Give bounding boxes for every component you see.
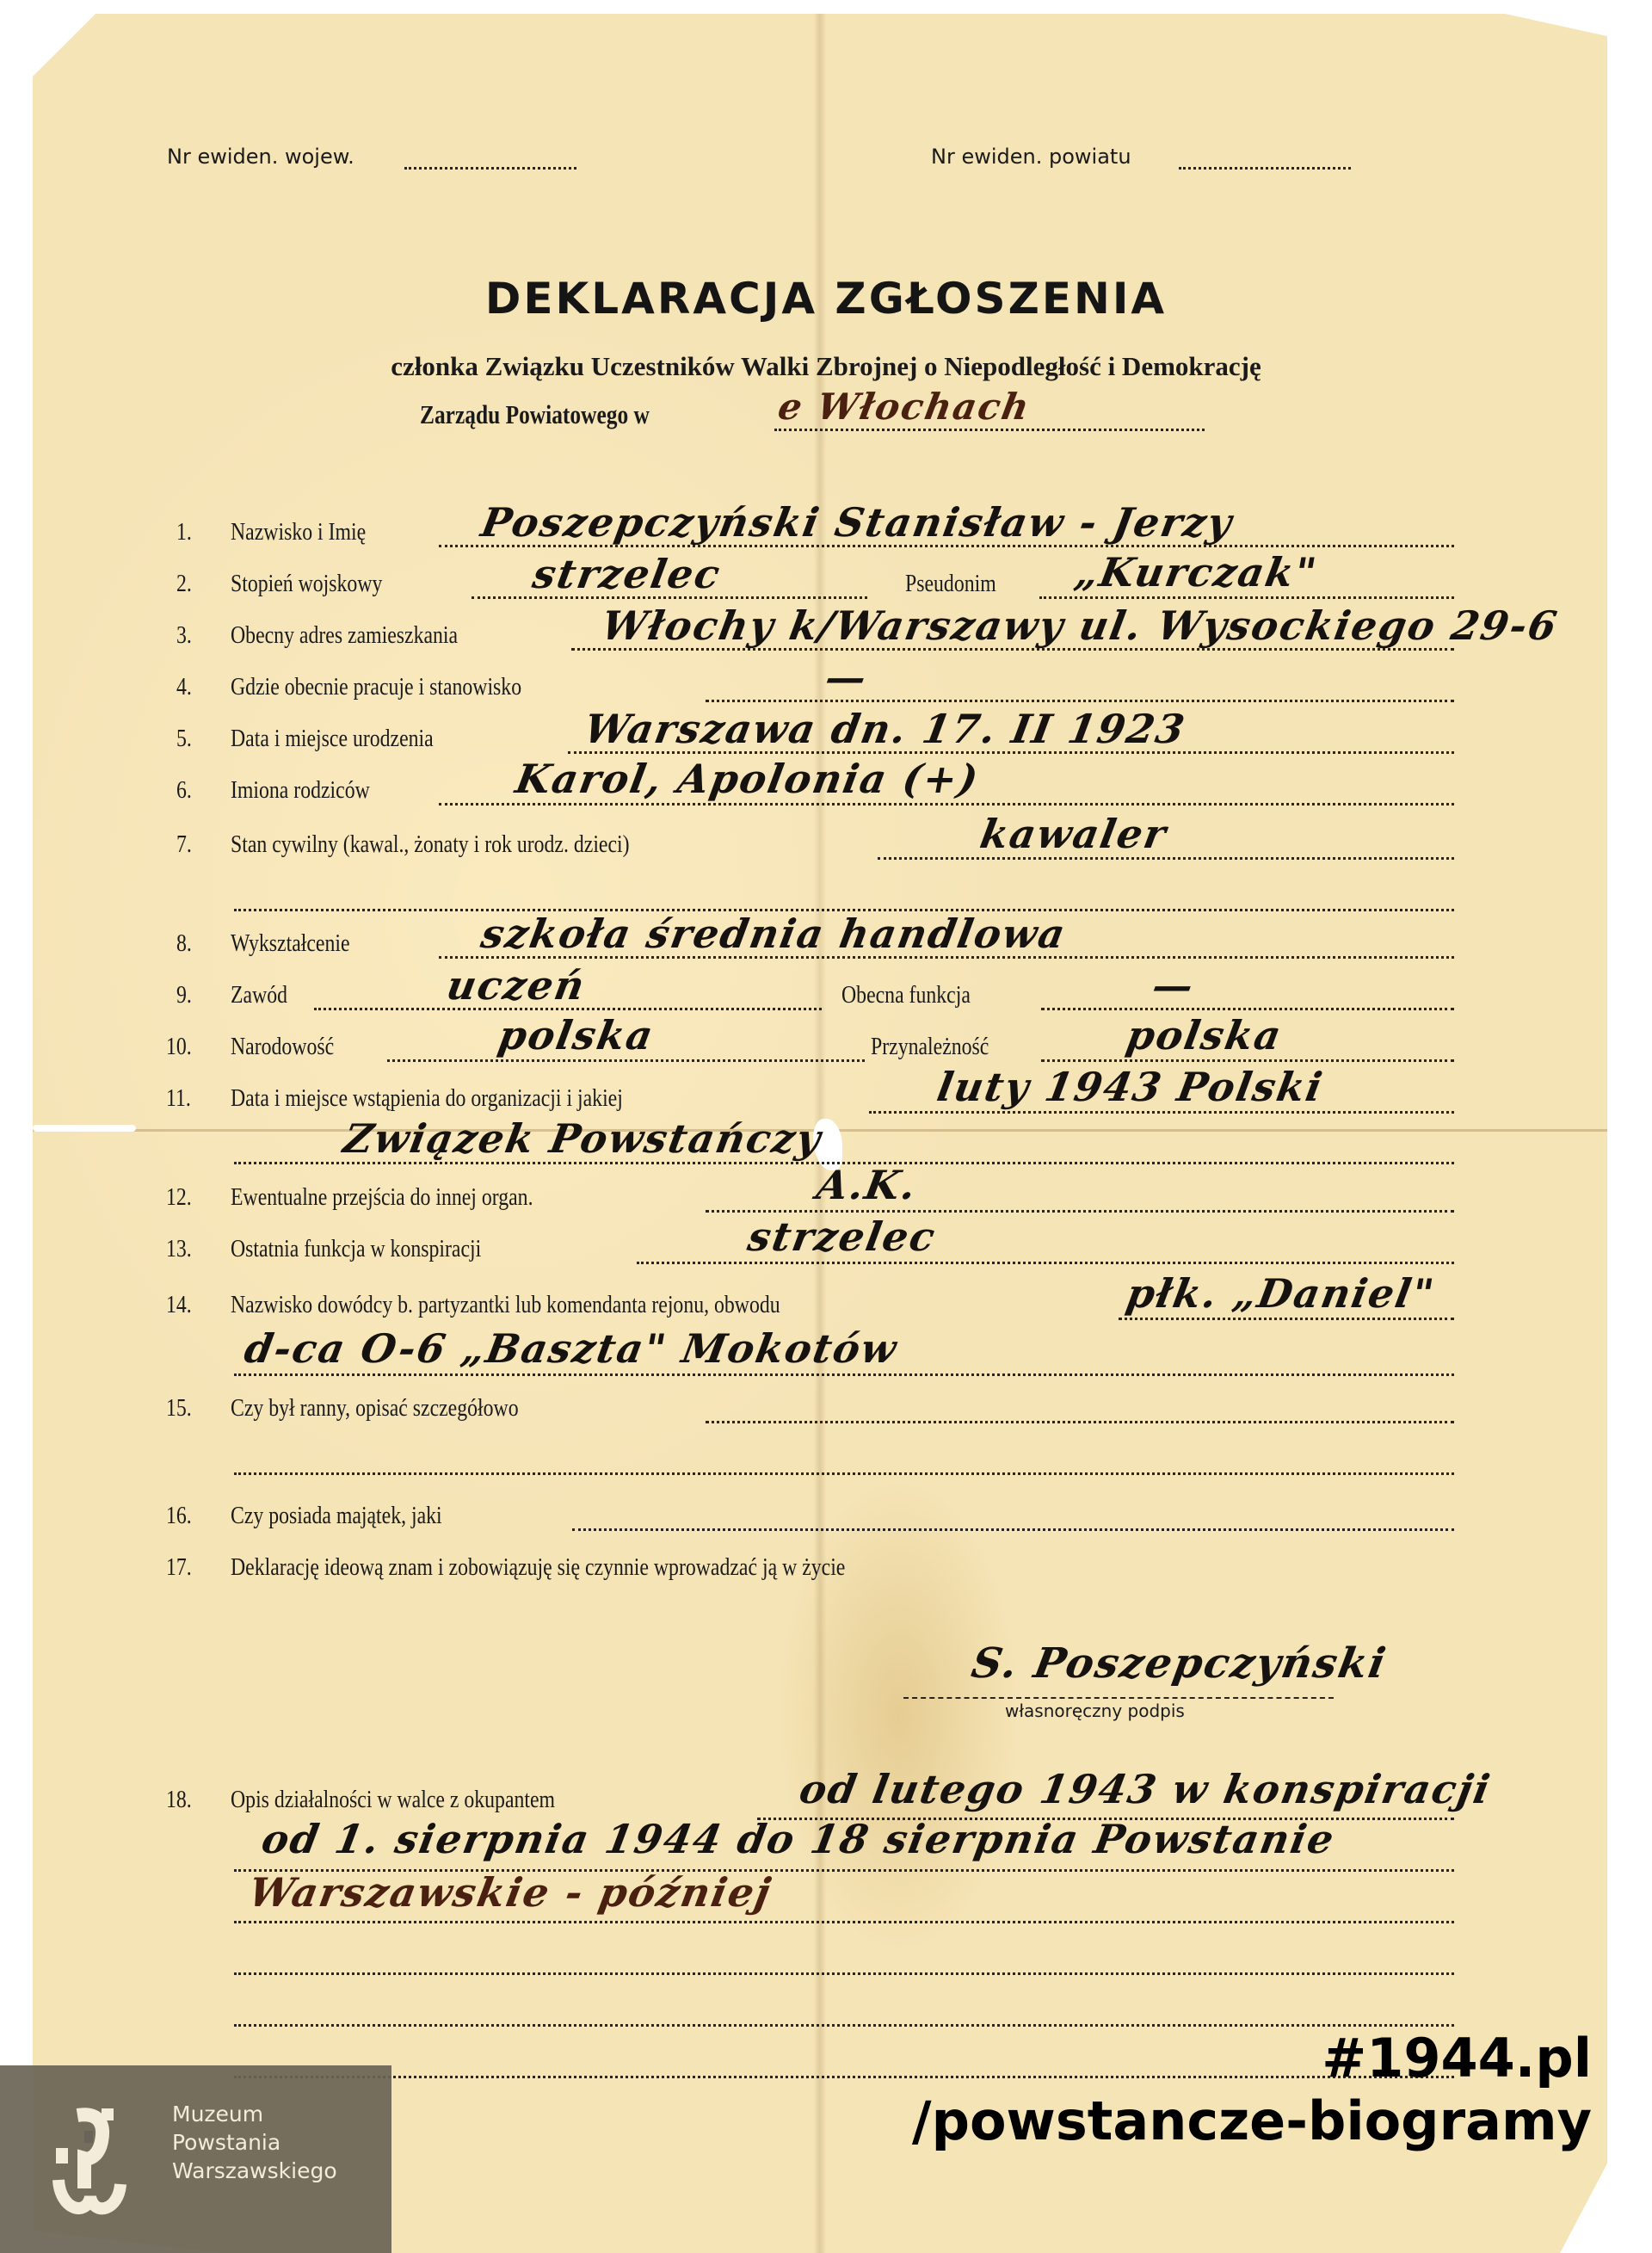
signature[interactable]: S. Poszepczyński — [968, 1639, 1390, 1688]
field-1-label: Nazwisko i Imię — [231, 518, 366, 546]
field-15-number: 15. — [166, 1394, 192, 1423]
field-18-value-3[interactable]: Warszawskie - później — [245, 1869, 775, 1916]
field-7-value[interactable]: kawaler — [977, 811, 1171, 857]
field-8-number: 8. — [176, 929, 192, 958]
field-1-value[interactable]: Poszepczyński Stanisław - Jerzy — [478, 499, 1236, 546]
hashtag-1944: #1944.pl — [1322, 2027, 1592, 2089]
kotwica-anchor-icon — [52, 2107, 155, 2219]
museum-name-line-2: Powstania — [172, 2128, 280, 2157]
field-7-label: Stan cywilny (kawal., żonaty i rok urodz… — [231, 830, 630, 859]
field-10-value[interactable]: polska — [495, 1012, 657, 1059]
field-10-label: Narodowość — [231, 1033, 334, 1061]
district-label: Zarządu Powiatowego w — [420, 399, 650, 430]
field-2-label2: Pseudonim — [905, 570, 996, 598]
nr-wojew-line — [404, 167, 576, 170]
field-3-number: 3. — [176, 621, 192, 650]
field-14-value[interactable]: płk. „Daniel" — [1123, 1270, 1439, 1317]
district-line — [774, 429, 1205, 431]
field-9-line2 — [1041, 1008, 1454, 1010]
field-9-label: Zawód — [231, 981, 287, 1009]
field-10-line — [387, 1059, 865, 1062]
field-2-label: Stopień wojskowy — [231, 570, 382, 598]
nr-powiatu-line — [1179, 167, 1351, 170]
field-11-number: 11. — [166, 1084, 191, 1113]
field-9-value[interactable]: uczeń — [443, 962, 589, 1009]
field-12-number: 12. — [166, 1183, 192, 1212]
field-14-line — [1119, 1318, 1454, 1320]
biogramy-path: /powstancze-biogramy — [912, 2089, 1592, 2152]
field-7-number: 7. — [176, 830, 192, 859]
field-12-line — [706, 1210, 1454, 1213]
field-6-label: Imiona rodziców — [231, 776, 370, 805]
field-15-label: Czy był ranny, opisać szczegółowo — [231, 1394, 519, 1423]
tear-edge — [33, 1125, 136, 1132]
signature-line — [903, 1697, 1334, 1699]
museum-name-line-3: Warszawskiego — [172, 2157, 337, 2185]
field-4-number: 4. — [176, 673, 192, 701]
field-10-label2: Przynależność — [871, 1033, 989, 1061]
field-18-value-2[interactable]: od 1. sierpnia 1944 do 18 sierpnia Powst… — [258, 1816, 1339, 1862]
field-16-label: Czy posiada majątek, jaki — [231, 1502, 442, 1530]
field-4-label: Gdzie obecnie pracuje i stanowisko — [231, 673, 521, 701]
field-6-value[interactable]: Karol, Apolonia (+) — [512, 756, 983, 802]
field-11-value-continued[interactable]: Związek Powstańczy — [340, 1115, 825, 1162]
field-18-line-6 — [234, 2076, 1454, 2078]
museum-name-line-1: Muzeum — [172, 2100, 263, 2128]
district-value[interactable]: e Włochach — [775, 386, 1034, 428]
field-9-label2: Obecna funkcja — [841, 981, 971, 1009]
field-11-line — [869, 1111, 1454, 1114]
field-10-value2[interactable]: polska — [1123, 1012, 1285, 1059]
field-6-line — [439, 803, 1454, 806]
field-18-line-5 — [234, 2024, 1454, 2027]
field-4-line — [706, 700, 1454, 702]
field-12-label: Ewentualne przejścia do innej organ. — [231, 1183, 533, 1212]
field-13-value[interactable]: strzelec — [744, 1213, 940, 1260]
field-2-number: 2. — [176, 570, 192, 598]
field-1-number: 1. — [176, 518, 192, 546]
field-3-value[interactable]: Włochy k/Warszawy ul. Wysockiego 29-6 — [598, 602, 1562, 649]
nr-powiatu-label: Nr ewiden. powiatu — [931, 145, 1131, 169]
field-15-line — [706, 1421, 1454, 1423]
document-title: DEKLARACJA ZGŁOSZENIA — [0, 274, 1652, 324]
field-13-line — [637, 1262, 1454, 1264]
field-10-line2 — [1041, 1059, 1454, 1062]
field-7-line — [878, 857, 1454, 860]
document-subtitle: członka Związku Uczestników Walki Zbrojn… — [0, 351, 1652, 382]
field-18-line-3 — [234, 1921, 1454, 1923]
field-11-label: Data i miejsce wstąpienia do organizacji… — [231, 1084, 623, 1113]
field-6-number: 6. — [176, 776, 192, 805]
field-3-label: Obecny adres zamieszkania — [231, 621, 458, 650]
field-5-number: 5. — [176, 725, 192, 753]
field-14-label: Nazwisko dowódcy b. partyzantki lub kome… — [231, 1291, 780, 1319]
field-9-number: 9. — [176, 981, 192, 1009]
field-4-value[interactable]: — — [822, 654, 872, 701]
field-14-line-continued — [234, 1373, 1454, 1376]
field-17-label: Deklarację ideową znam i zobowiązuję się… — [231, 1553, 845, 1582]
field-8-value[interactable]: szkoła średnia handlowa — [478, 910, 1069, 957]
field-2-line2 — [1039, 596, 1454, 599]
field-10-number: 10. — [166, 1033, 192, 1061]
field-13-number: 13. — [166, 1235, 192, 1263]
field-14-number: 14. — [166, 1291, 192, 1319]
field-5-value[interactable]: Warszawa dn. 17. II 1923 — [581, 706, 1189, 752]
field-2-value2[interactable]: „Kurczak" — [1071, 549, 1321, 596]
field-2-value[interactable]: strzelec — [529, 551, 724, 597]
field-16-number: 16. — [166, 1502, 192, 1530]
field-18-line-4 — [234, 1972, 1454, 1975]
signature-label: własnoręczny podpis — [1005, 1701, 1185, 1721]
field-17-number: 17. — [166, 1553, 192, 1582]
field-14-value-continued[interactable]: d-ca O-6 „Baszta" Mokotów — [241, 1325, 901, 1372]
field-11-value[interactable]: luty 1943 Polski — [934, 1064, 1327, 1110]
field-18-value[interactable]: od lutego 1943 w konspiracji — [796, 1766, 1495, 1812]
field-18-number: 18. — [166, 1786, 192, 1814]
field-18-label: Opis działalności w walce z okupantem — [231, 1786, 555, 1814]
field-12-value[interactable]: A.K. — [813, 1162, 921, 1208]
field-9-value2[interactable]: — — [1149, 962, 1199, 1009]
field-13-label: Ostatnia funkcja w konspiracji — [231, 1235, 481, 1263]
nr-wojew-label: Nr ewiden. wojew. — [167, 145, 354, 169]
field-5-label: Data i miejsce urodzenia — [231, 725, 434, 753]
field-16-line — [572, 1528, 1454, 1531]
field-15-line-continued — [234, 1472, 1454, 1475]
field-8-label: Wykształcenie — [231, 929, 350, 958]
